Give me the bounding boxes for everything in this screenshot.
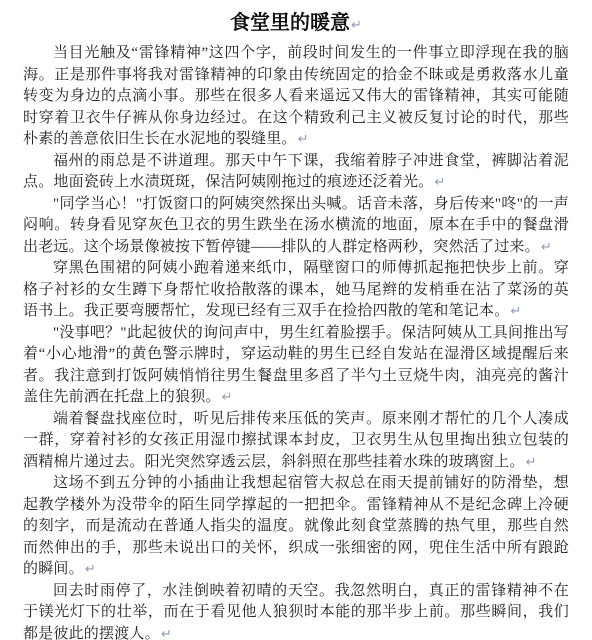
paragraph-mark-icon: ↵ [509, 304, 521, 319]
paragraph-8-text: 回去时雨停了，水洼倒映着初晴的天空。我忽然明白，真正的雷锋精神不在于镁光灯下的壮… [23, 583, 569, 640]
paragraph-1: 当目光触及“雷锋精神”这四个字，前段时间发生的一件事立即浮现在我的脑海。正是那件… [23, 43, 569, 151]
paragraph-3: "同学当心！"打饭窗口的阿姨突然探出头喊。话音未落，身后传来"咚"的一声闷响。转… [23, 194, 569, 259]
document-title-text: 食堂里的暖意 [230, 12, 350, 34]
paragraph-2: 福州的雨总是不讲道理。那天中午下课，我缩着脖子冲进食堂，裤脚沾着泥点。地面瓷砖上… [23, 151, 569, 194]
paragraph-4-text: 穿黑色围裙的阿姨小跑着递来纸巾，隔壁窗口的师傅抓起拖把快步上前。穿格子衬衫的女生… [23, 260, 569, 319]
paragraph-5: "没事吧？"此起彼伏的询问声中，男生红着脸摆手。保洁阿姨从工具间推出写着“小心地… [23, 323, 569, 409]
paragraph-mark-icon: ↵ [221, 390, 233, 405]
document-title: 食堂里的暖意↵ [23, 8, 569, 43]
paragraph-7-text: 这场不到五分钟的小插曲让我想起宿管大叔总在雨天提前铺好的防滑垫，想起教学楼外为没… [23, 475, 569, 577]
paragraph-mark-icon: ↵ [525, 455, 537, 470]
paragraph-8: 回去时雨停了，水洼倒映着初晴的天空。我忽然明白，真正的雷锋精神不在于镁光灯下的壮… [23, 581, 569, 640]
paragraph-6: 端着餐盘找座位时，听见后排传来压低的笑声。原来刚才帮忙的几个人凑成一群，穿着衬衫… [23, 409, 569, 474]
paragraph-7: 这场不到五分钟的小插曲让我想起宿管大叔总在雨天提前铺好的防滑垫，想起教学楼外为没… [23, 473, 569, 581]
paragraph-mark-icon: ↵ [350, 18, 362, 33]
paragraph-2-text: 福州的雨总是不讲道理。那天中午下课，我缩着脖子冲进食堂，裤脚沾着泥点。地面瓷砖上… [23, 153, 569, 191]
paragraph-5-text: "没事吧？"此起彼伏的询问声中，男生红着脸摆手。保洁阿姨从工具间推出写着“小心地… [23, 325, 569, 406]
paragraph-mark-icon: ↵ [160, 627, 172, 640]
document-page: 食堂里的暖意↵ 当目光触及“雷锋精神”这四个字，前段时间发生的一件事立即浮现在我… [0, 0, 592, 640]
paragraph-3-text: "同学当心！"打饭窗口的阿姨突然探出头喊。话音未落，身后传来"咚"的一声闷响。转… [23, 196, 569, 255]
paragraph-1-text: 当目光触及“雷锋精神”这四个字，前段时间发生的一件事立即浮现在我的脑海。正是那件… [23, 45, 569, 147]
paragraph-mark-icon: ↵ [540, 240, 552, 255]
paragraph-mark-icon: ↵ [84, 562, 96, 577]
paragraph-4: 穿黑色围裙的阿姨小跑着递来纸巾，隔壁窗口的师傅抓起拖把快步上前。穿格子衬衫的女生… [23, 258, 569, 323]
paragraph-mark-icon: ↵ [433, 175, 445, 190]
paragraph-6-text: 端着餐盘找座位时，听见后排传来压低的笑声。原来刚才帮忙的几个人凑成一群，穿着衬衫… [23, 411, 569, 470]
paragraph-mark-icon: ↵ [297, 132, 309, 147]
